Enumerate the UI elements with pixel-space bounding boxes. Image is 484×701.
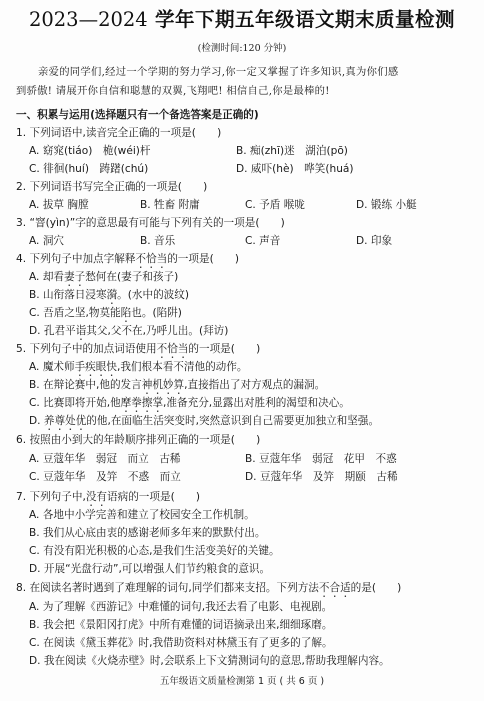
option-text: 徘徊(huí) 踌躇(chú)	[43, 163, 148, 175]
question-number: 2.	[16, 181, 26, 193]
question-6-option-c: C. 豆蔻年华 及笄 不惑 而立	[29, 469, 181, 484]
emphasized-text: 手疾眼快	[75, 361, 117, 373]
option-text: 有没有阳光积极的心态,是我们生活变美好的关键。	[43, 545, 279, 557]
option-text: 魔术师	[43, 361, 75, 373]
question-7-stem: 7. 下列句子中,没有语病的一项是( )	[16, 489, 200, 509]
title-year: 2023—2024	[29, 8, 148, 31]
question-5-stem: 5. 下列句子中的加点词语使用不恰当的一项是( )	[16, 341, 260, 361]
question-4-option-d: D. 孔君平诣其父,父不在,乃呼儿出。(拜访)	[29, 323, 228, 343]
option-label: C.	[245, 199, 256, 211]
emphasized-text: 妻子	[64, 271, 85, 283]
option-text: 开展“光盘行动”,可以增强人们节约粮食的意识。	[44, 563, 270, 575]
question-2-stem: 2. 下列词语书写完全正确的一项是( )	[16, 179, 207, 194]
emphasized-text: 陷	[121, 307, 132, 319]
option-text: ,我们根本看不清他的动作。	[117, 361, 248, 373]
question-number: 7.	[16, 491, 26, 503]
option-label: A.	[29, 235, 39, 247]
option-text: 拔草 胸膛	[43, 199, 89, 211]
option-text: 窈窕(tiáo) 桅(wéi)杆	[43, 145, 151, 157]
option-label: C.	[29, 307, 40, 319]
emphasized-text: 诣	[76, 325, 87, 337]
option-label: D.	[29, 563, 41, 575]
question-5-option-d: D. 养尊处优的他,在面临生活突变时,突然意识到自己需要更加独立和坚强。	[29, 413, 379, 433]
emphasized-text: 不恰当	[135, 253, 167, 265]
question-2-option-c: C. 予盾 喉咙	[245, 197, 305, 212]
option-text: 锻练 小艇	[371, 199, 417, 211]
question-7-option-c: C. 有没有阳光积极的心态,是我们生活变美好的关键。	[29, 543, 280, 558]
question-text: 语病的一项是( )	[107, 491, 200, 503]
question-3-stem: 3. “窨(yìn)”字的意思最有可能与下列有关的一项是( )	[16, 215, 285, 230]
option-text: 我们从心底由衷的感谢老师多年来的默默付出。	[43, 527, 265, 539]
intro-line-1: 亲爱的同学们,经过一个学期的努力学习,你一定又掌握了许多知识,真为你们感	[16, 63, 476, 82]
option-text: 也。(陷阱)	[131, 307, 182, 319]
question-1-stem: 1. 下列词语中,读音完全正确的一项是( )	[16, 125, 221, 140]
page-title: 2023—2024 学年下期五年级语文期末质量检测	[0, 4, 484, 32]
option-label: D.	[356, 199, 368, 211]
question-text: 下列词语中,读音完全正确的一项是( )	[29, 127, 221, 139]
page-footer: 五年级语文质量检测第 1 页 ( 共 6 页 )	[0, 673, 484, 687]
question-3-option-b: B. 音乐	[140, 233, 175, 248]
option-text: ,准备充分,显露出对胜利的渴望和决心。	[163, 397, 350, 409]
option-label: D.	[29, 325, 41, 337]
option-text: 印象	[371, 235, 392, 247]
emphasized-text: 不合适	[319, 582, 351, 594]
option-text: 豆蔻年华 及笄 期颐 古稀	[260, 471, 398, 483]
option-text: 的他,在面临生活突变时,突然意识到自己需要更加独立和坚强。	[86, 415, 379, 427]
question-number: 5.	[16, 343, 26, 355]
question-6-option-a: A. 豆蔻年华 弱冠 而立 古稀	[29, 451, 181, 466]
exam-duration: (检测时间:120 分钟)	[0, 40, 484, 54]
option-text: 豆蔻年华 及笄 不惑 而立	[43, 471, 181, 483]
question-6-stem: 6. 按照由小到大的年龄顺序排列正确的一项是( )	[16, 432, 260, 447]
question-1-option-c: C. 徘徊(huí) 踌躇(chú)	[29, 161, 148, 176]
question-text: “窨(yìn)”字的意思最有可能与下列有关的一项是( )	[29, 217, 284, 229]
question-8-option-c: C. 在阅读《黛玉葬花》时,我借助资料对林黛玉有了更多的了解。	[29, 635, 333, 650]
option-label: B.	[29, 527, 40, 539]
emphasized-text: 漪	[107, 289, 118, 301]
exam-page: 2023—2024 学年下期五年级语文期末质量检测 (检测时间:120 分钟) …	[0, 0, 484, 701]
question-4-option-c: C. 吾盾之坚,物莫能陷也。(陷阱)	[29, 305, 182, 325]
option-label: C.	[29, 545, 40, 557]
option-label: A.	[29, 453, 39, 465]
question-1-option-b: B. 痴(zhī)迷 湖泊(pō)	[236, 143, 348, 158]
emphasized-text: 没有	[86, 491, 107, 503]
option-label: C.	[29, 163, 40, 175]
option-text: 我会把《景阳冈打虎》中所有难懂的词语摘录出来,细细琢磨。	[43, 619, 332, 631]
option-label: A.	[29, 199, 39, 211]
option-label: B.	[29, 379, 40, 391]
question-text: 下列词语书写完全正确的一项是( )	[29, 181, 207, 193]
option-text: 。(水中的波纹)	[117, 289, 189, 301]
option-text: 在阅读《黛玉葬花》时,我借助资料对林黛玉有了更多的了解。	[43, 637, 332, 649]
option-label: A.	[29, 361, 39, 373]
option-text: 痴(zhī)迷 湖泊(pō)	[250, 145, 348, 157]
option-label: D.	[356, 235, 368, 247]
question-text: 下列句子中加点字解释	[29, 253, 135, 265]
option-text: 牲畜 附庸	[154, 199, 200, 211]
question-4-stem: 4. 下列句子中加点字解释不恰当的一项是( )	[16, 251, 239, 271]
question-5-option-b: B. 在辩论赛中,他的发言神机妙算,直接指出了对方观点的漏洞。	[29, 377, 325, 397]
question-7-option-d: D. 开展“光盘行动”,可以增强人们节约粮食的意识。	[29, 561, 270, 576]
question-5-option-c: C. 比赛即将开始,他摩拳擦掌,准备充分,显露出对胜利的渴望和决心。	[29, 395, 350, 415]
question-1-option-a: A. 窈窕(tiáo) 桅(wéi)杆	[29, 143, 151, 158]
emphasized-text: 养尊处优	[44, 415, 86, 427]
question-4-option-a: A. 却看妻子愁何在(妻子和孩子)	[29, 269, 178, 289]
question-3-option-c: C. 声音	[245, 233, 280, 248]
question-text: 的是( )	[351, 582, 402, 594]
option-label: A.	[29, 145, 39, 157]
option-label: C.	[29, 471, 40, 483]
question-number: 8.	[16, 582, 26, 594]
option-text: 却看	[43, 271, 64, 283]
option-label: D.	[245, 471, 257, 483]
option-text: 比赛即将开始,他	[43, 397, 121, 409]
option-text: 我在阅读《火烧赤壁》时,会联系上下文猜测词句的意思,帮助我理解内容。	[44, 655, 390, 667]
question-7-option-b: B. 我们从心底由衷的感谢老师多年来的默默付出。	[29, 525, 265, 540]
option-label: B.	[140, 199, 151, 211]
question-1-option-d: D. 威吓(hè) 哗笑(huá)	[236, 161, 354, 176]
option-label: D.	[29, 655, 41, 667]
question-number: 3.	[16, 217, 26, 229]
question-number: 6.	[16, 434, 26, 446]
question-8-option-d: D. 我在阅读《火烧赤壁》时,会联系上下文猜测词句的意思,帮助我理解内容。	[29, 653, 390, 668]
question-4-option-b: B. 山衔落日浸寒漪。(水中的波纹)	[29, 287, 189, 307]
emphasized-text: 不恰当	[157, 343, 189, 355]
question-5-option-a: A. 魔术师手疾眼快,我们根本看不清他的动作。	[29, 359, 247, 379]
option-text: 各地中小学完善和建立了校园安全工作机制。	[43, 509, 255, 521]
question-text: 下列句子中的加点词语使用	[29, 343, 156, 355]
option-text: 吾盾之坚,物莫能	[43, 307, 121, 319]
option-text: 为了理解《西游记》中难懂的词句,我还去看了电影、电视剧。	[43, 601, 332, 613]
option-text: 予盾 喉咙	[259, 199, 305, 211]
question-2-option-b: B. 牲畜 附庸	[140, 197, 200, 212]
question-6-option-b: B. 豆蔻年华 弱冠 花甲 不惑	[245, 451, 397, 466]
option-label: D.	[236, 163, 248, 175]
option-text: 豆蔻年华 弱冠 而立 古稀	[43, 453, 181, 465]
question-text: 的一项是( )	[167, 253, 239, 265]
option-text: 声音	[259, 235, 280, 247]
title-text: 学年下期五年级语文期末质量检测	[155, 8, 455, 31]
option-label: A.	[29, 601, 39, 613]
question-text: 按照由小到大的年龄顺序排列正确的一项是( )	[29, 434, 260, 446]
option-label: B.	[29, 289, 40, 301]
option-label: A.	[29, 271, 39, 283]
option-text: 在辩论赛中,他的发言	[43, 379, 142, 391]
option-label: C.	[29, 397, 40, 409]
question-text: 的一项是( )	[188, 343, 260, 355]
option-label: A.	[29, 509, 39, 521]
option-text: ,直接指出了对方观点的漏洞。	[184, 379, 325, 391]
option-label: C.	[29, 637, 40, 649]
option-label: B.	[29, 619, 40, 631]
question-text: 在阅读名著时遇到了难理解的词句,同学们都来支招。下列方法	[29, 582, 318, 594]
option-text: 山衔落日浸寒	[43, 289, 107, 301]
question-number: 1.	[16, 127, 26, 139]
intro-line-2: 到骄傲! 请展开你自信和聪慧的双翼,飞翔吧! 相信自己,你是最棒的!	[16, 82, 476, 101]
option-text: 愁何在(妻子和孩子)	[85, 271, 178, 283]
question-8-stem: 8. 在阅读名著时遇到了难理解的词句,同学们都来支招。下列方法不合适的是( )	[16, 580, 401, 600]
question-3-option-a: A. 洞穴	[29, 233, 64, 248]
question-6-option-d: D. 豆蔻年华 及笄 期颐 古稀	[245, 469, 398, 484]
option-label: D.	[29, 415, 41, 427]
option-label: B.	[245, 453, 256, 465]
option-text: 孔君平	[44, 325, 76, 337]
option-label: B.	[140, 235, 151, 247]
question-8-option-b: B. 我会把《景阳冈打虎》中所有难懂的词语摘录出来,细细琢磨。	[29, 617, 332, 632]
section-heading: 一、积累与运用(选择题只有一个备选答案是正确的)	[16, 107, 259, 122]
option-label: C.	[245, 235, 256, 247]
question-8-option-a: A. 为了理解《西游记》中难懂的词句,我还去看了电影、电视剧。	[29, 599, 332, 614]
emphasized-text: 神机妙算	[142, 379, 184, 391]
option-text: 其父,父不在,乃呼儿出。(拜访)	[86, 325, 228, 337]
question-2-option-a: A. 拔草 胸膛	[29, 197, 89, 212]
option-text: 洞穴	[43, 235, 64, 247]
emphasized-text: 摩拳擦掌	[121, 397, 163, 409]
option-text: 威吓(hè) 哗笑(huá)	[251, 163, 354, 175]
question-3-option-d: D. 印象	[356, 233, 392, 248]
question-text: 下列句子中,	[29, 491, 85, 503]
option-label: B.	[236, 145, 247, 157]
option-text: 豆蔻年华 弱冠 花甲 不惑	[259, 453, 397, 465]
option-text: 音乐	[154, 235, 175, 247]
question-2-option-d: D. 锻练 小艇	[356, 197, 417, 212]
intro-paragraph: 亲爱的同学们,经过一个学期的努力学习,你一定又掌握了许多知识,真为你们感 到骄傲…	[16, 63, 476, 101]
question-7-option-a: A. 各地中小学完善和建立了校园安全工作机制。	[29, 507, 255, 522]
question-number: 4.	[16, 253, 26, 265]
